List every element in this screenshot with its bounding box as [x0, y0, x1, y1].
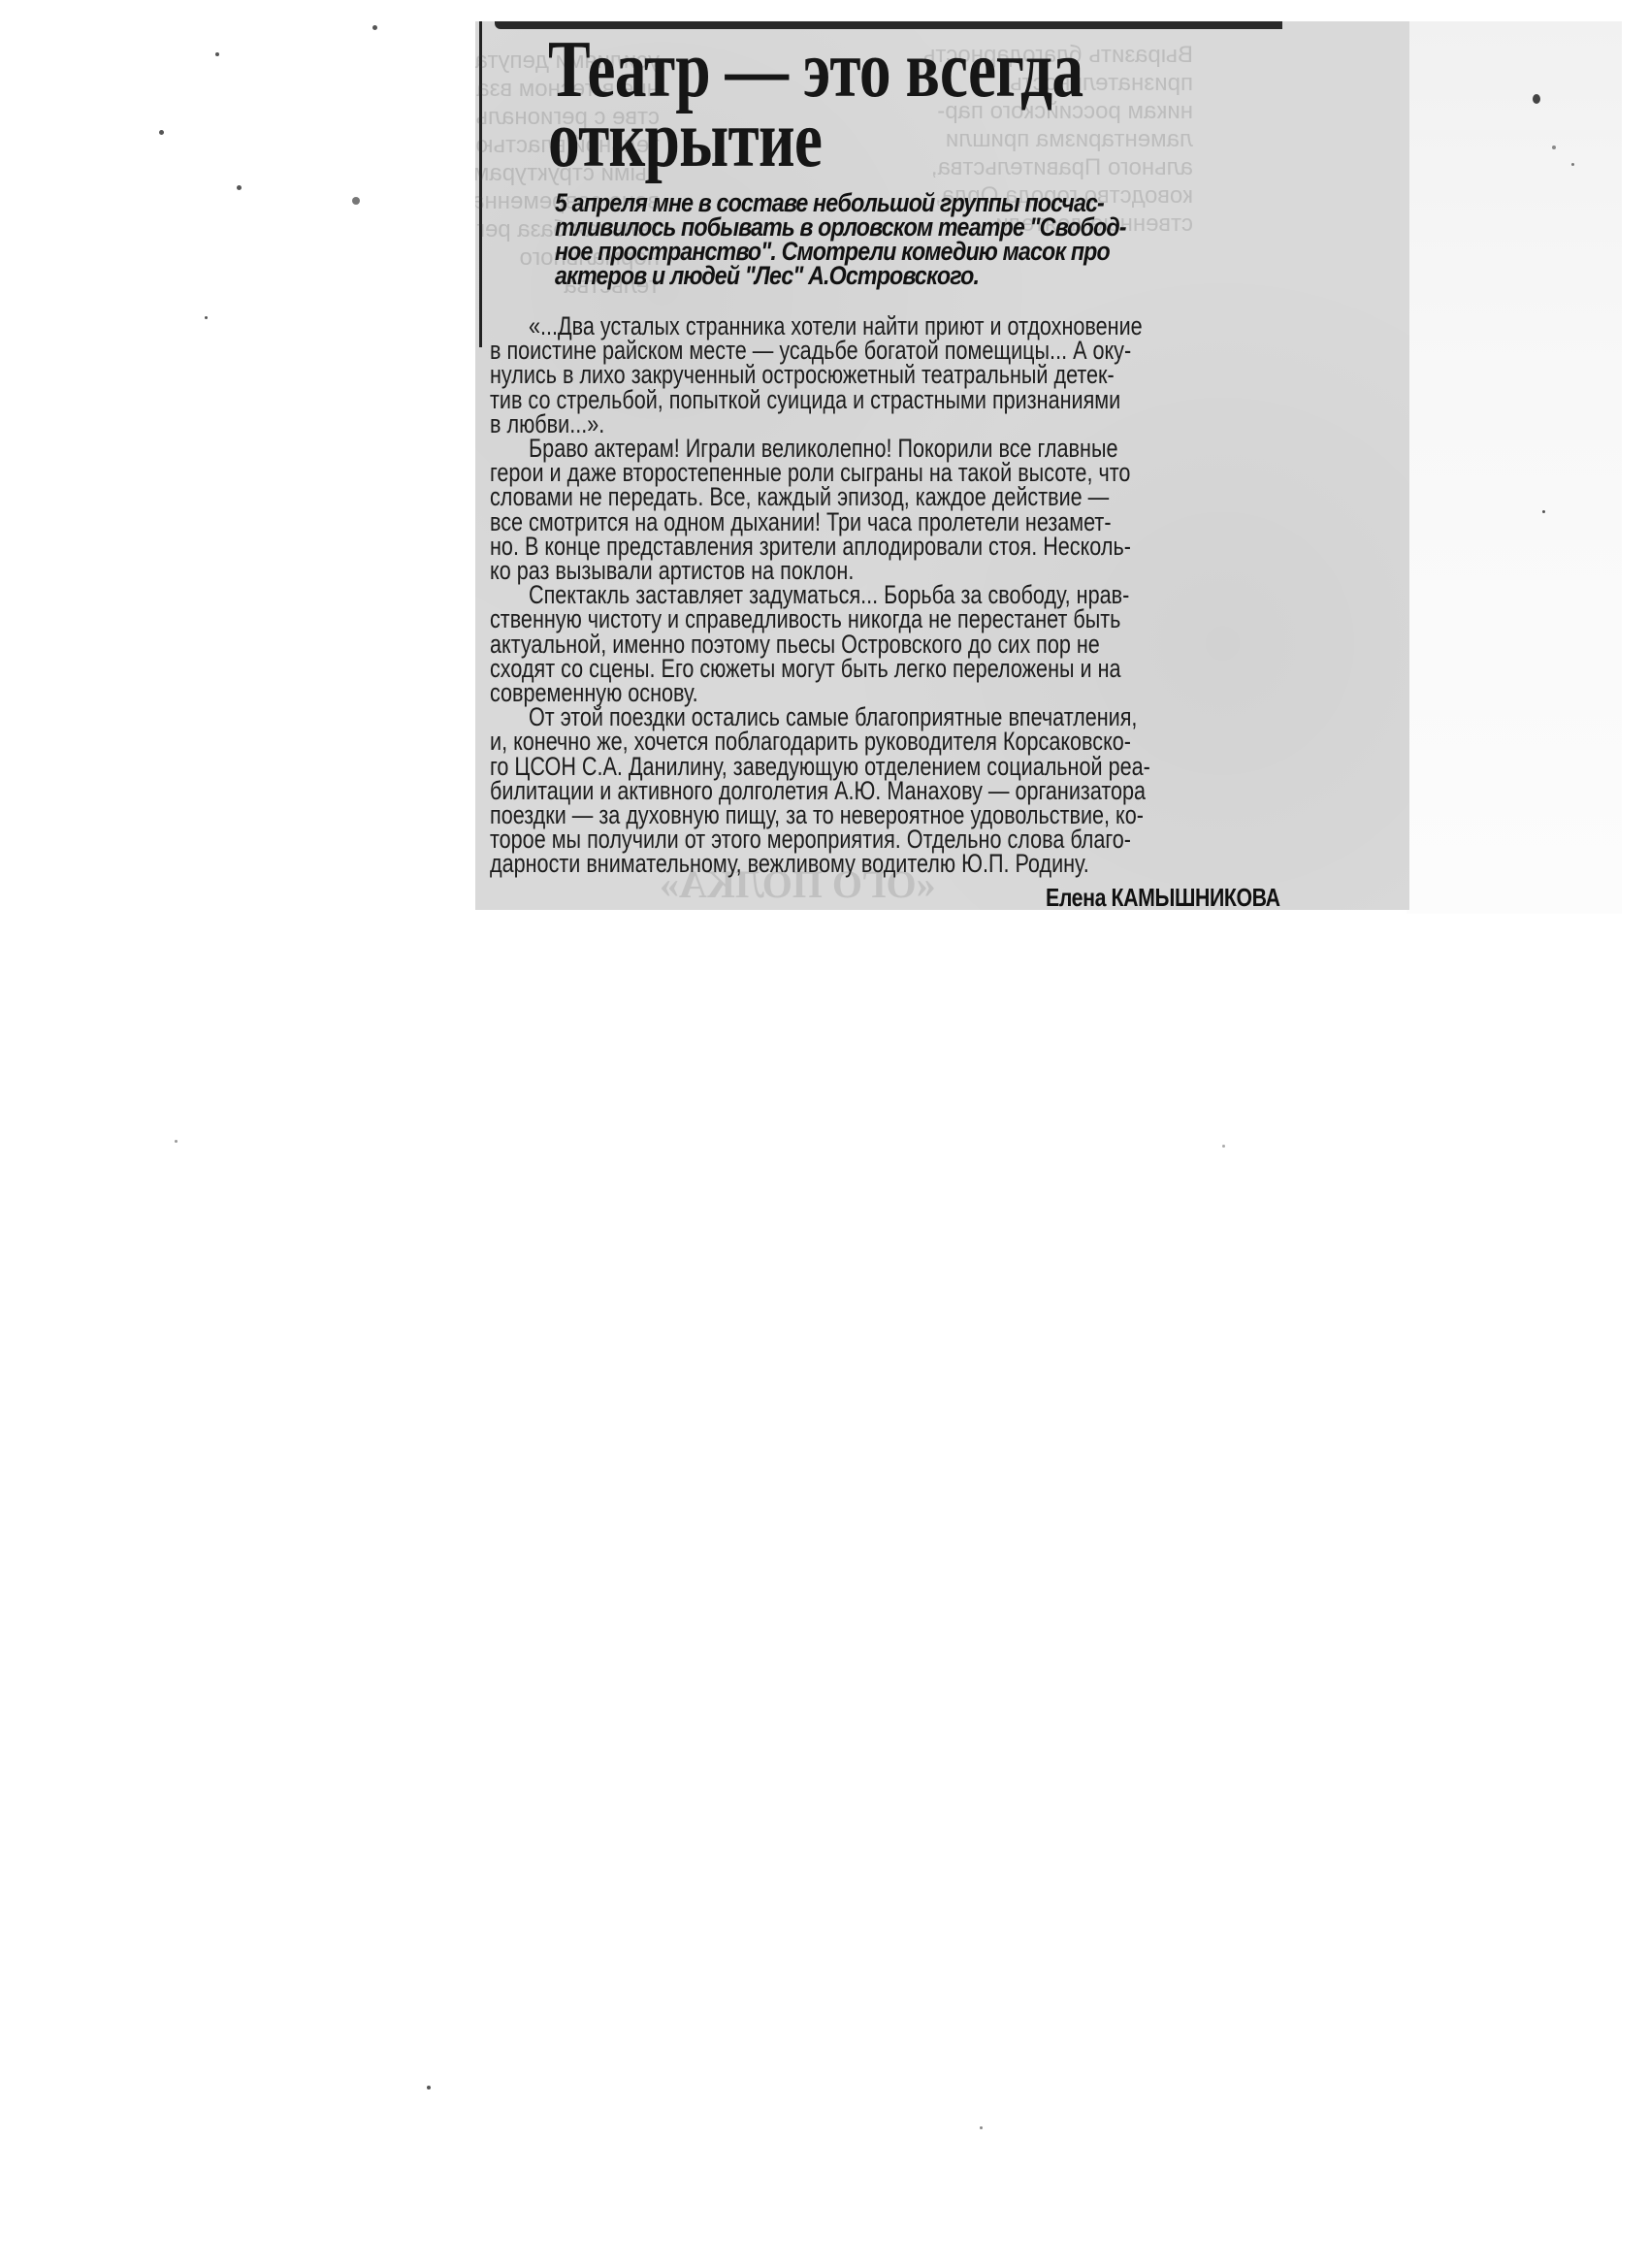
- lead-line: актеров и людей "Лес" А.Островского.: [555, 264, 1126, 288]
- scan-speck: [205, 316, 208, 319]
- scan-speck: [427, 2086, 431, 2090]
- scan-speck: [1222, 1145, 1225, 1148]
- article-lead: 5 апреля мне в составе небольшой группы …: [555, 191, 1219, 288]
- newspaper-clipping: усилиями депутатов ние в тесном взаимоде…: [475, 21, 1409, 910]
- scan-speck: [1571, 163, 1574, 166]
- scan-speck: [237, 185, 242, 190]
- scan-speck: [1533, 94, 1540, 104]
- scan-speck: [175, 1140, 178, 1143]
- scan-speck: [1552, 146, 1556, 149]
- scan-speck: [372, 25, 377, 30]
- scan-speck: [352, 197, 360, 205]
- headline-line: открытие: [548, 105, 1083, 175]
- article-body: «...Два усталых странника хотели найти п…: [490, 314, 1276, 877]
- author-byline: Елена КАМЫШНИКОВА: [1046, 883, 1280, 910]
- article-headline: Театр — это всегда открытие: [548, 35, 1234, 175]
- scan-speck: [1542, 510, 1545, 513]
- scan-speck: [980, 2126, 983, 2129]
- scan-speck: [159, 130, 164, 135]
- scan-speck: [215, 52, 219, 56]
- body-line: дарности внимательному, вежливому водите…: [490, 852, 1118, 876]
- scan-backdrop: [1406, 21, 1622, 914]
